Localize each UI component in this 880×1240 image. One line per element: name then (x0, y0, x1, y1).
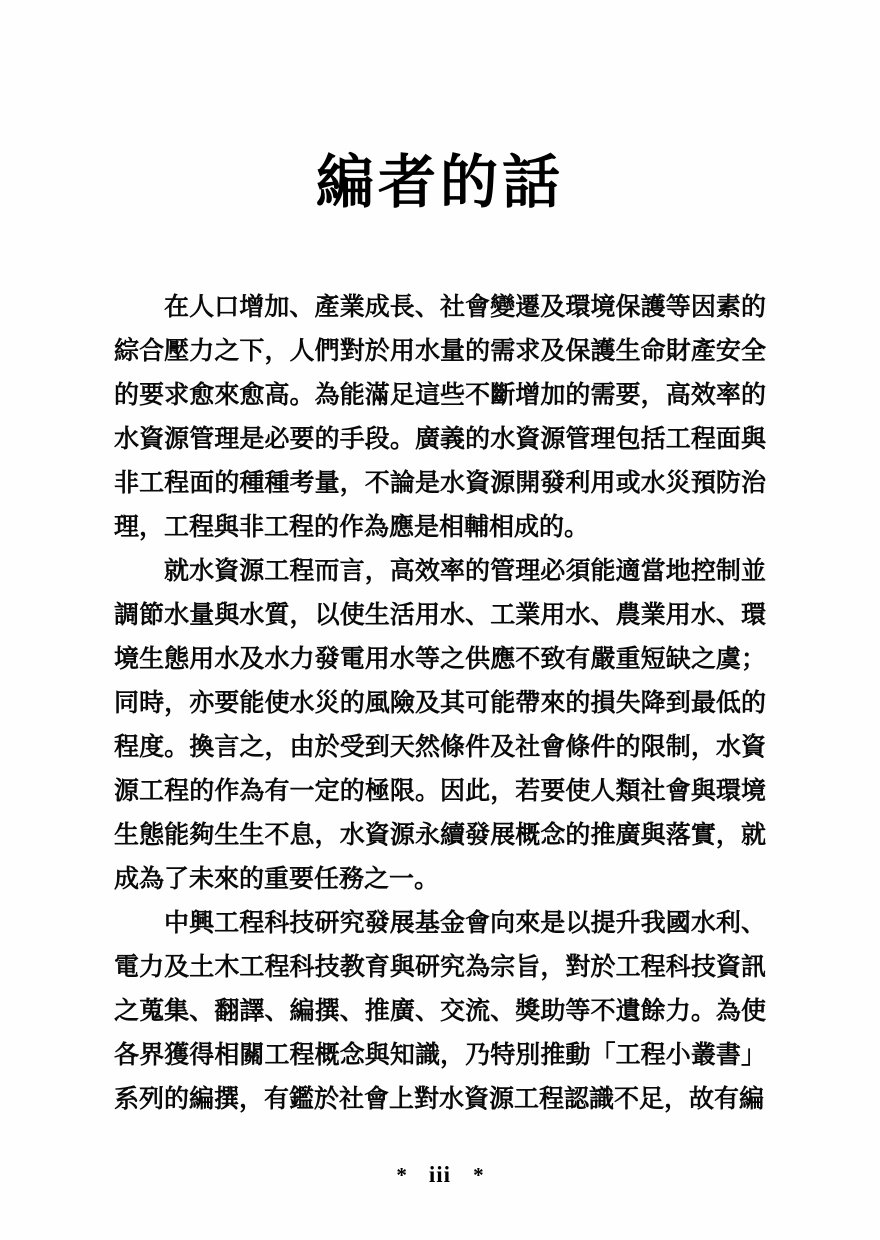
body-paragraph: 在人口增加、產業成長、社會變遷及環境保護等因素的綜合壓力之下，人們對於用水量的需… (114, 286, 766, 550)
page-footer: *iii* (0, 1162, 880, 1188)
page-number: iii (429, 1162, 451, 1188)
body-text: 在人口增加、產業成長、社會變遷及環境保護等因素的綜合壓力之下，人們對於用水量的需… (114, 286, 766, 1122)
page-title: 編者的話 (0, 0, 880, 214)
body-paragraph: 就水資源工程而言，高效率的管理必須能適當地控制並調節水量與水質，以使生活用水、工… (114, 550, 766, 902)
footer-asterisk-left: * (396, 1163, 407, 1188)
footer-asterisk-right: * (473, 1163, 484, 1188)
book-page: 編者的話 在人口增加、產業成長、社會變遷及環境保護等因素的綜合壓力之下，人們對於… (0, 0, 880, 1240)
body-paragraph: 中興工程科技研究發展基金會向來是以提升我國水利、電力及土木工程科技教育與研究為宗… (114, 902, 766, 1122)
